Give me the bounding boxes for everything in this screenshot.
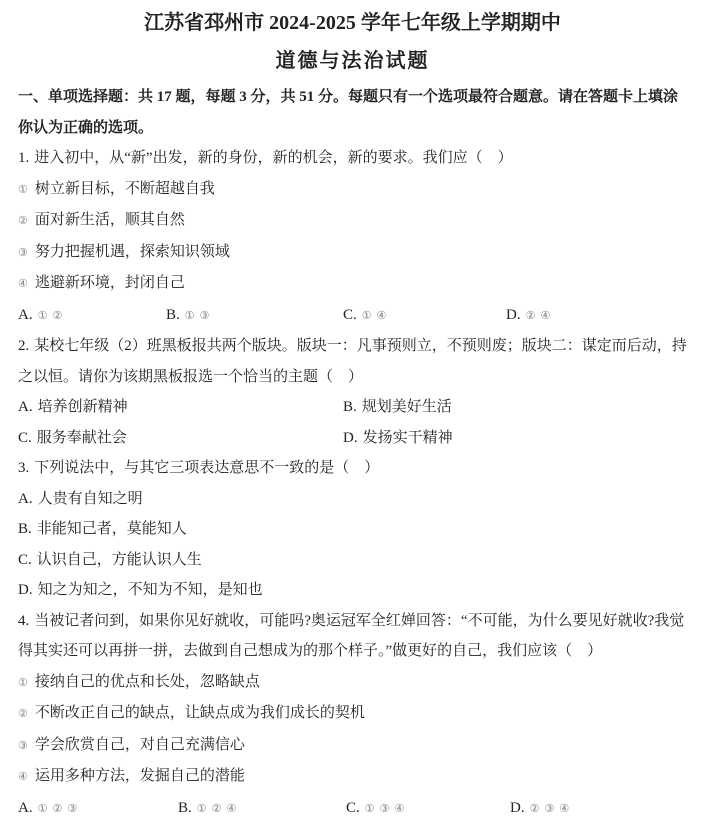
choice-d: D.②③④ <box>510 793 574 817</box>
choice-c: C.服务奉献社会 <box>18 423 343 454</box>
option-item: ④逃避新环境，封闭自己 <box>18 268 687 300</box>
question-4: 4.当被记者问到，如果你见好就收，可能吗?奥运冠军全红婵回答：“不可能，为什么要… <box>18 606 687 817</box>
circled-number-marker: ② <box>18 215 28 227</box>
question-stem-text: 进入初中，从“新”出发，新的身份，新的机会，新的要求。我们应（ ） <box>34 150 512 166</box>
option-item-text: 努力把握机遇，探索知识领域 <box>35 244 230 260</box>
choice-label: C. <box>18 430 32 446</box>
choice-value: ①④ <box>362 310 392 322</box>
question-2: 2.某校七年级（2）班黑板报共两个版块。版块一：凡事预则立，不预则废；版块二：谋… <box>18 331 687 453</box>
choice-value: 知之为知之，不知为不知，是知也 <box>38 582 263 598</box>
option-item-text: 运用多种方法，发掘自己的潜能 <box>35 768 245 784</box>
option-item: ③学会欣赏自己，对自己充满信心 <box>18 730 687 762</box>
circled-number-marker: ① <box>18 184 28 196</box>
choice-b: B.①②④ <box>178 793 346 817</box>
choice-value: 认识自己，方能认识人生 <box>37 552 202 568</box>
choice-label: C. <box>346 800 360 816</box>
choice-label: C. <box>343 307 357 323</box>
choice-label: C. <box>18 552 32 568</box>
choice-value: ①②④ <box>197 803 242 815</box>
choice-label: D. <box>506 307 521 323</box>
choice-label: A. <box>18 491 33 507</box>
choice-value: ①②③ <box>38 803 83 815</box>
choice-b: B.①③ <box>166 300 343 332</box>
option-item: ①接纳自己的优点和长处，忽略缺点 <box>18 667 687 699</box>
option-item-text: 逃避新环境，封闭自己 <box>35 275 185 291</box>
choice-value: 培养创新精神 <box>38 399 128 415</box>
choice-label: D. <box>18 582 33 598</box>
option-item-text: 树立新目标，不断超越自我 <box>35 181 215 197</box>
circled-number-marker: ④ <box>18 278 28 290</box>
question-stem: 4.当被记者问到，如果你见好就收，可能吗?奥运冠军全红婵回答：“不可能，为什么要… <box>18 606 687 667</box>
question-stem: 1.进入初中，从“新”出发，新的身份，新的机会，新的要求。我们应（ ） <box>18 143 687 174</box>
circled-number-marker: ① <box>18 677 28 689</box>
choice-a: A.①②③ <box>18 793 178 817</box>
choice-label: A. <box>18 399 33 415</box>
option-item: ③努力把握机遇，探索知识领域 <box>18 237 687 269</box>
choice-label: B. <box>18 521 32 537</box>
choices-grid: A.培养创新精神 B.规划美好生活 C.服务奉献社会 D.发扬实干精神 <box>18 392 687 453</box>
choice-value: 人贵有自知之明 <box>38 491 143 507</box>
option-item: ②不断改正自己的缺点，让缺点成为我们成长的契机 <box>18 698 687 730</box>
choice-b: B.规划美好生活 <box>343 392 687 423</box>
question-stem-text: 下列说法中，与其它三项表达意思不一致的是（ ） <box>34 460 379 476</box>
choice-a: A.人贵有自知之明 <box>18 484 687 515</box>
option-item: ④运用多种方法，发掘自己的潜能 <box>18 761 687 793</box>
question-stem: 2.某校七年级（2）班黑板报共两个版块。版块一：凡事预则立，不预则废；版块二：谋… <box>18 331 687 392</box>
document-body: 一、单项选择题：共 17 题，每题 3 分，共 51 分。每题只有一个选项最符合… <box>0 82 705 817</box>
option-item-text: 不断改正自己的缺点，让缺点成为我们成长的契机 <box>35 705 365 721</box>
question-number: 4. <box>18 613 29 629</box>
question-stem-text: 当被记者问到，如果你见好就收，可能吗?奥运冠军全红婵回答：“不可能，为什么要见好… <box>18 613 684 660</box>
option-item: ①树立新目标，不断超越自我 <box>18 174 687 206</box>
question-number: 2. <box>18 338 29 354</box>
choice-c: C.①④ <box>343 300 506 332</box>
choice-value: 非能知己者，莫能知人 <box>37 521 187 537</box>
circled-number-marker: ② <box>18 708 28 720</box>
choice-d: D.②④ <box>506 300 555 332</box>
question-number: 1. <box>18 150 29 166</box>
question-stem: 3.下列说法中，与其它三项表达意思不一致的是（ ） <box>18 453 687 484</box>
option-item-text: 接纳自己的优点和长处，忽略缺点 <box>35 674 260 690</box>
choice-value: ①③ <box>185 310 215 322</box>
choices-row: A.①② B.①③ C.①④ D.②④ <box>18 300 687 332</box>
choice-a: A.①② <box>18 300 166 332</box>
document-title-line1: 江苏省邳州市 2024-2025 学年七年级上学期期中 <box>0 8 705 38</box>
choice-b: B.非能知己者，莫能知人 <box>18 514 687 545</box>
choice-label: D. <box>510 800 525 816</box>
choice-label: B. <box>166 307 180 323</box>
circled-number-marker: ③ <box>18 247 28 259</box>
choice-d: D.发扬实干精神 <box>343 423 687 454</box>
choice-value: ①② <box>38 310 68 322</box>
choice-d: D.知之为知之，不知为不知，是知也 <box>18 575 687 606</box>
choice-c: C.认识自己，方能认识人生 <box>18 545 687 576</box>
choice-label: B. <box>343 399 357 415</box>
question-stem-text: 某校七年级（2）班黑板报共两个版块。版块一：凡事预则立，不预则废；版块二：谋定而… <box>18 338 687 385</box>
option-item: ②面对新生活，顺其自然 <box>18 205 687 237</box>
document-title-line2: 道德与法治试题 <box>0 46 705 76</box>
exam-paper-page: 江苏省邳州市 2024-2025 学年七年级上学期期中 道德与法治试题 一、单项… <box>0 0 705 817</box>
circled-number-marker: ④ <box>18 771 28 783</box>
choice-label: D. <box>343 430 358 446</box>
choice-value: 规划美好生活 <box>362 399 452 415</box>
section-header: 一、单项选择题：共 17 题，每题 3 分，共 51 分。每题只有一个选项最符合… <box>18 82 687 143</box>
choices-row: A.①②③ B.①②④ C.①③④ D.②③④ <box>18 793 687 817</box>
question-number: 3. <box>18 460 29 476</box>
option-item-text: 面对新生活，顺其自然 <box>35 212 185 228</box>
option-item-text: 学会欣赏自己，对自己充满信心 <box>35 737 245 753</box>
choice-label: A. <box>18 800 33 816</box>
choice-label: A. <box>18 307 33 323</box>
choice-a: A.培养创新精神 <box>18 392 343 423</box>
question-1: 1.进入初中，从“新”出发，新的身份，新的机会，新的要求。我们应（ ） ①树立新… <box>18 143 687 331</box>
choice-value: ①③④ <box>365 803 410 815</box>
question-3: 3.下列说法中，与其它三项表达意思不一致的是（ ） A.人贵有自知之明 B.非能… <box>18 453 687 606</box>
choice-label: B. <box>178 800 192 816</box>
circled-number-marker: ③ <box>18 740 28 752</box>
choice-value: ②④ <box>526 310 556 322</box>
choice-value: ②③④ <box>530 803 575 815</box>
choice-value: 服务奉献社会 <box>37 430 127 446</box>
choice-value: 发扬实干精神 <box>363 430 453 446</box>
choice-c: C.①③④ <box>346 793 510 817</box>
